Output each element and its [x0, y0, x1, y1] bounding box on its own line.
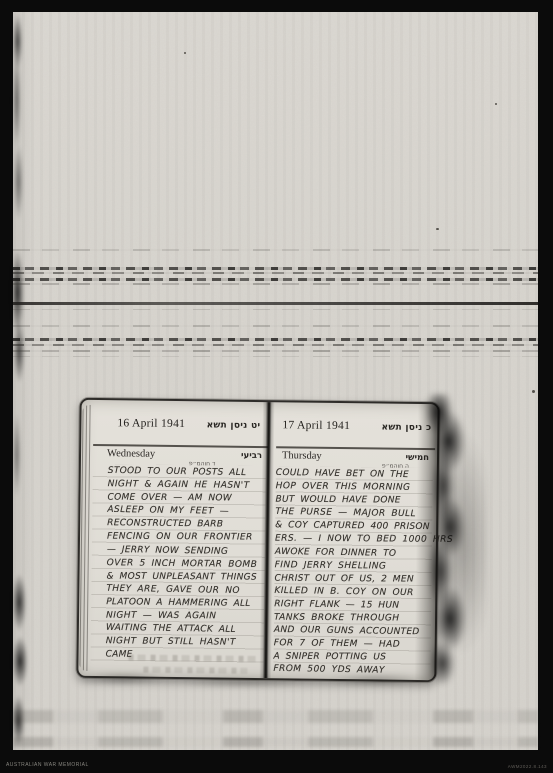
left-page-handwriting: STOOD TO OUR POSTS ALLNIGHT & AGAIN HE H… [106, 465, 266, 663]
handwriting-line: WAITING THE ATTACK ALL [106, 622, 264, 638]
scratch-line [13, 249, 538, 251]
handwriting-line: — JERRY NOW SENDING [107, 543, 265, 559]
scratch-line [13, 338, 538, 341]
book-bottom-shadow [80, 668, 442, 694]
scratch-line [13, 278, 538, 281]
scratch-line [13, 356, 538, 357]
photo-frame: 16 April 1941 יט ניסן תשא Wednesday רביע… [0, 0, 553, 773]
handwriting-line: THEY ARE, GAVE OUR NO [106, 583, 264, 599]
scratch-line [13, 267, 538, 270]
left-page-weekday: Wednesday [107, 448, 155, 460]
scratch-line [13, 272, 538, 274]
scratch-line [13, 344, 538, 346]
right-page-weekday: Thursday [282, 450, 322, 461]
left-page-date: 16 April 1941 [117, 417, 185, 430]
archive-credit: AUSTRALIAN WAR MEMORIAL [6, 762, 89, 768]
smudge-band [13, 710, 538, 723]
catalogue-number: AWM2022.8.143 [508, 764, 547, 769]
right-page-date: 17 April 1941 [282, 419, 350, 432]
handwriting-line: FENCING ON OUR FRONTIER [107, 531, 265, 545]
diary-photo: 16 April 1941 יט ניסן תשא Wednesday רביע… [76, 398, 439, 682]
toner-smudge [420, 394, 488, 690]
left-page-hebrew-date: יט ניסן תשא [207, 420, 261, 431]
header-rule [276, 446, 435, 450]
dust-speck [184, 52, 186, 54]
scratch-line [13, 309, 538, 310]
diary-left-page: 16 April 1941 יט ניסן תשא Wednesday רביע… [88, 400, 268, 678]
handwriting-line: STOOD TO OUR POSTS ALL [108, 465, 266, 481]
scratch-line [13, 302, 538, 305]
left-page-hebrew-weekday: רביעי [241, 451, 262, 461]
dust-speck [436, 228, 439, 230]
dust-speck [532, 390, 535, 393]
diary-right-page: 17 April 1941 כ ניסן תשא Thursday חמישי … [271, 402, 435, 680]
left-edge-smudge [12, 12, 28, 750]
header-rule [93, 444, 268, 448]
scratch-line [13, 350, 538, 352]
smudge-band [13, 737, 538, 747]
scratch-line [13, 325, 538, 327]
scratch-line [13, 283, 538, 285]
dust-speck [495, 103, 497, 105]
